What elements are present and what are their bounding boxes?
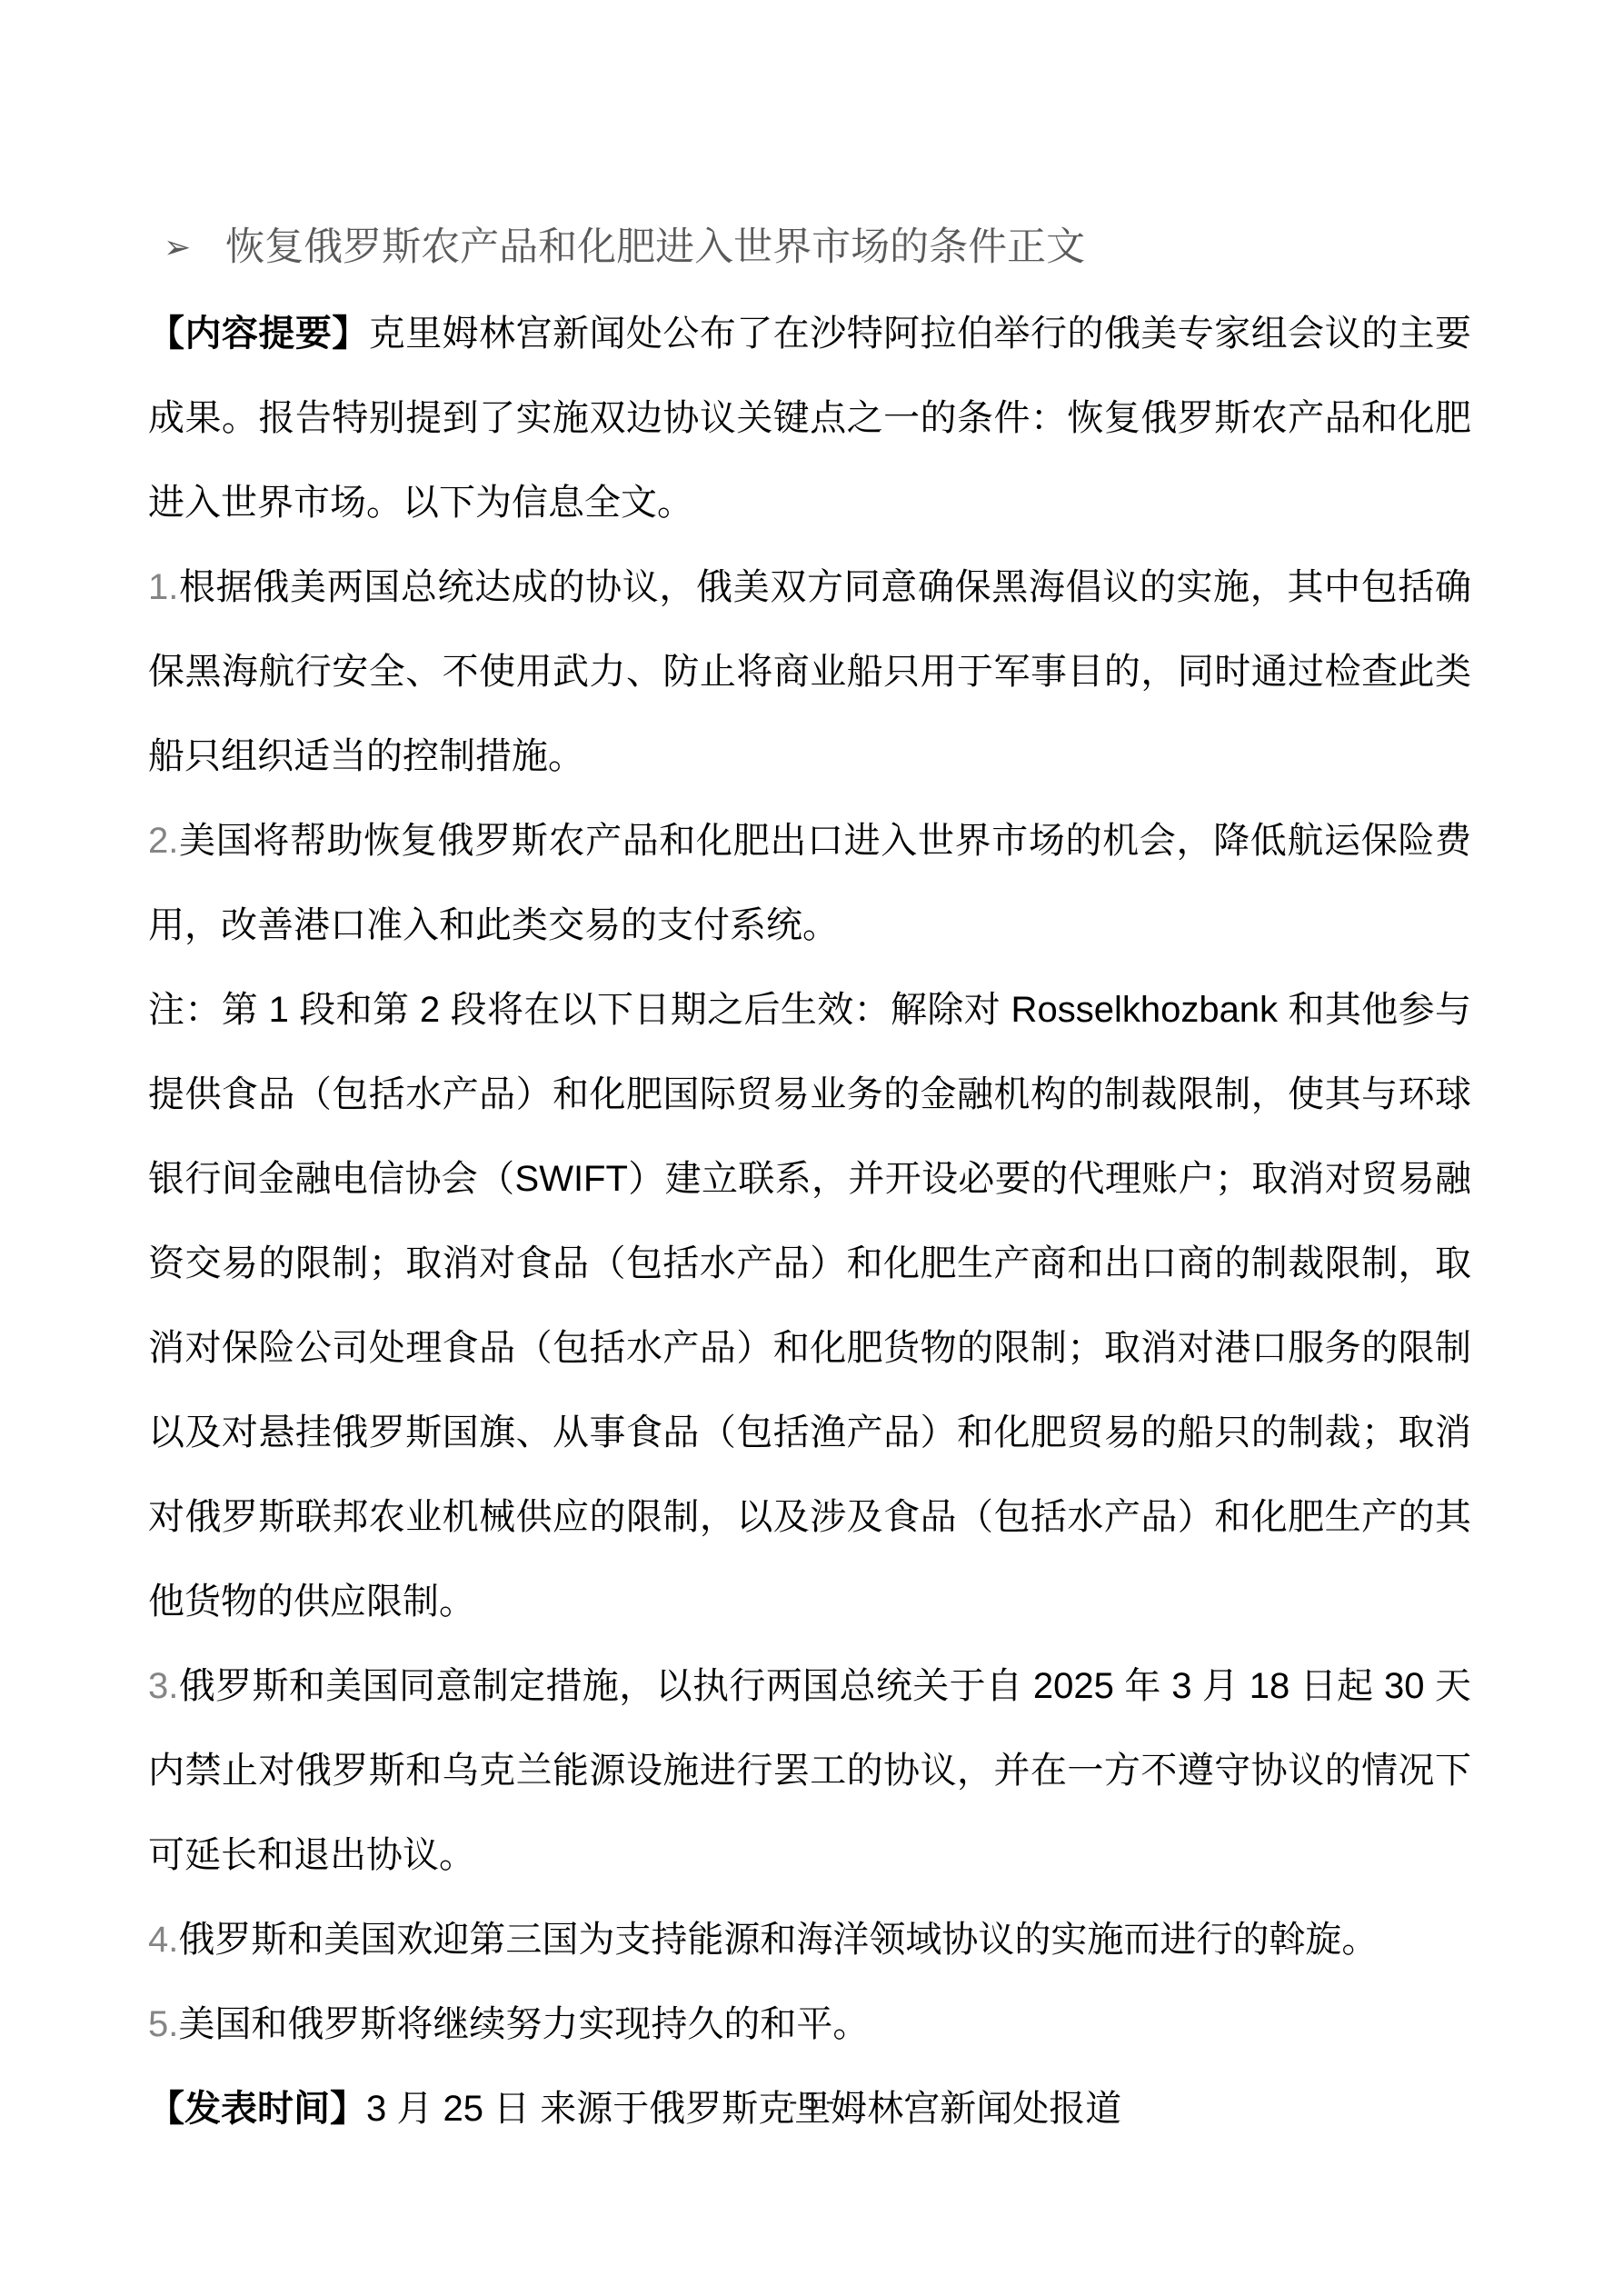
- paragraph-text: 根据俄美两国总统达成的协议，俄美双方同意确保黑海倡议的实施，其中包括确保黑海航行…: [148, 567, 1471, 776]
- list-number: 3.: [148, 1666, 178, 1706]
- paragraph-text: 美国将帮助恢复俄罗斯农产品和化肥出口进入世界市场的机会，降低航运保险费用，改善港…: [148, 821, 1471, 945]
- section-title: ➢ 恢复俄罗斯农产品和化肥进入世界市场的条件正文: [164, 222, 1085, 273]
- paragraph-item-2: 2.美国将帮助恢复俄罗斯农产品和化肥出口进入世界市场的机会，降低航运保险费用，改…: [148, 799, 1471, 968]
- list-number: 2.: [148, 821, 178, 861]
- paragraph-text: 俄罗斯和美国同意制定措施，以执行两国总统关于自 2025 年 3 月 18 日起…: [148, 1666, 1471, 1875]
- paragraph-item-3: 3.俄罗斯和美国同意制定措施，以执行两国总统关于自 2025 年 3 月 18 …: [148, 1644, 1471, 1898]
- paragraph-text: 美国和俄罗斯将继续努力实现持久的和平。: [178, 2004, 869, 2044]
- paragraph-text: 注：第 1 段和第 2 段将在以下日期之后生效：解除对 Rosselkhozba…: [148, 990, 1471, 1622]
- paragraph-item-5: 5.美国和俄罗斯将继续努力实现持久的和平。: [148, 1982, 1471, 2067]
- paragraph-item-1: 1.根据俄美两国总统达成的协议，俄美双方同意确保黑海倡议的实施，其中包括确保黑海…: [148, 545, 1471, 799]
- paragraph-note: 注：第 1 段和第 2 段将在以下日期之后生效：解除对 Rosselkhozba…: [148, 968, 1471, 1644]
- section-title-text: 恢复俄罗斯农产品和化肥进入世界市场的条件正文: [225, 222, 1085, 273]
- arrow-bullet-icon: ➢: [164, 222, 191, 273]
- list-number: 1.: [148, 567, 178, 607]
- paragraph-summary: 【内容提要】克里姆林宫新闻处公布了在沙特阿拉伯举行的俄美专家组会议的主要成果。报…: [148, 292, 1471, 545]
- summary-label: 【内容提要】: [148, 314, 369, 354]
- page-number: - 5 -: [0, 2083, 1623, 2120]
- paragraph-item-4: 4.俄罗斯和美国欢迎第三国为支持能源和海洋领域协议的实施而进行的斡旋。: [148, 1898, 1471, 1982]
- list-number: 4.: [148, 1920, 178, 1960]
- list-number: 5.: [148, 2004, 178, 2044]
- document-page: ➢ 恢复俄罗斯农产品和化肥进入世界市场的条件正文 【内容提要】克里姆林宫新闻处公…: [0, 0, 1623, 2296]
- document-body: 【内容提要】克里姆林宫新闻处公布了在沙特阿拉伯举行的俄美专家组会议的主要成果。报…: [148, 292, 1471, 2151]
- paragraph-text: 俄罗斯和美国欢迎第三国为支持能源和海洋领域协议的实施而进行的斡旋。: [178, 1920, 1378, 1960]
